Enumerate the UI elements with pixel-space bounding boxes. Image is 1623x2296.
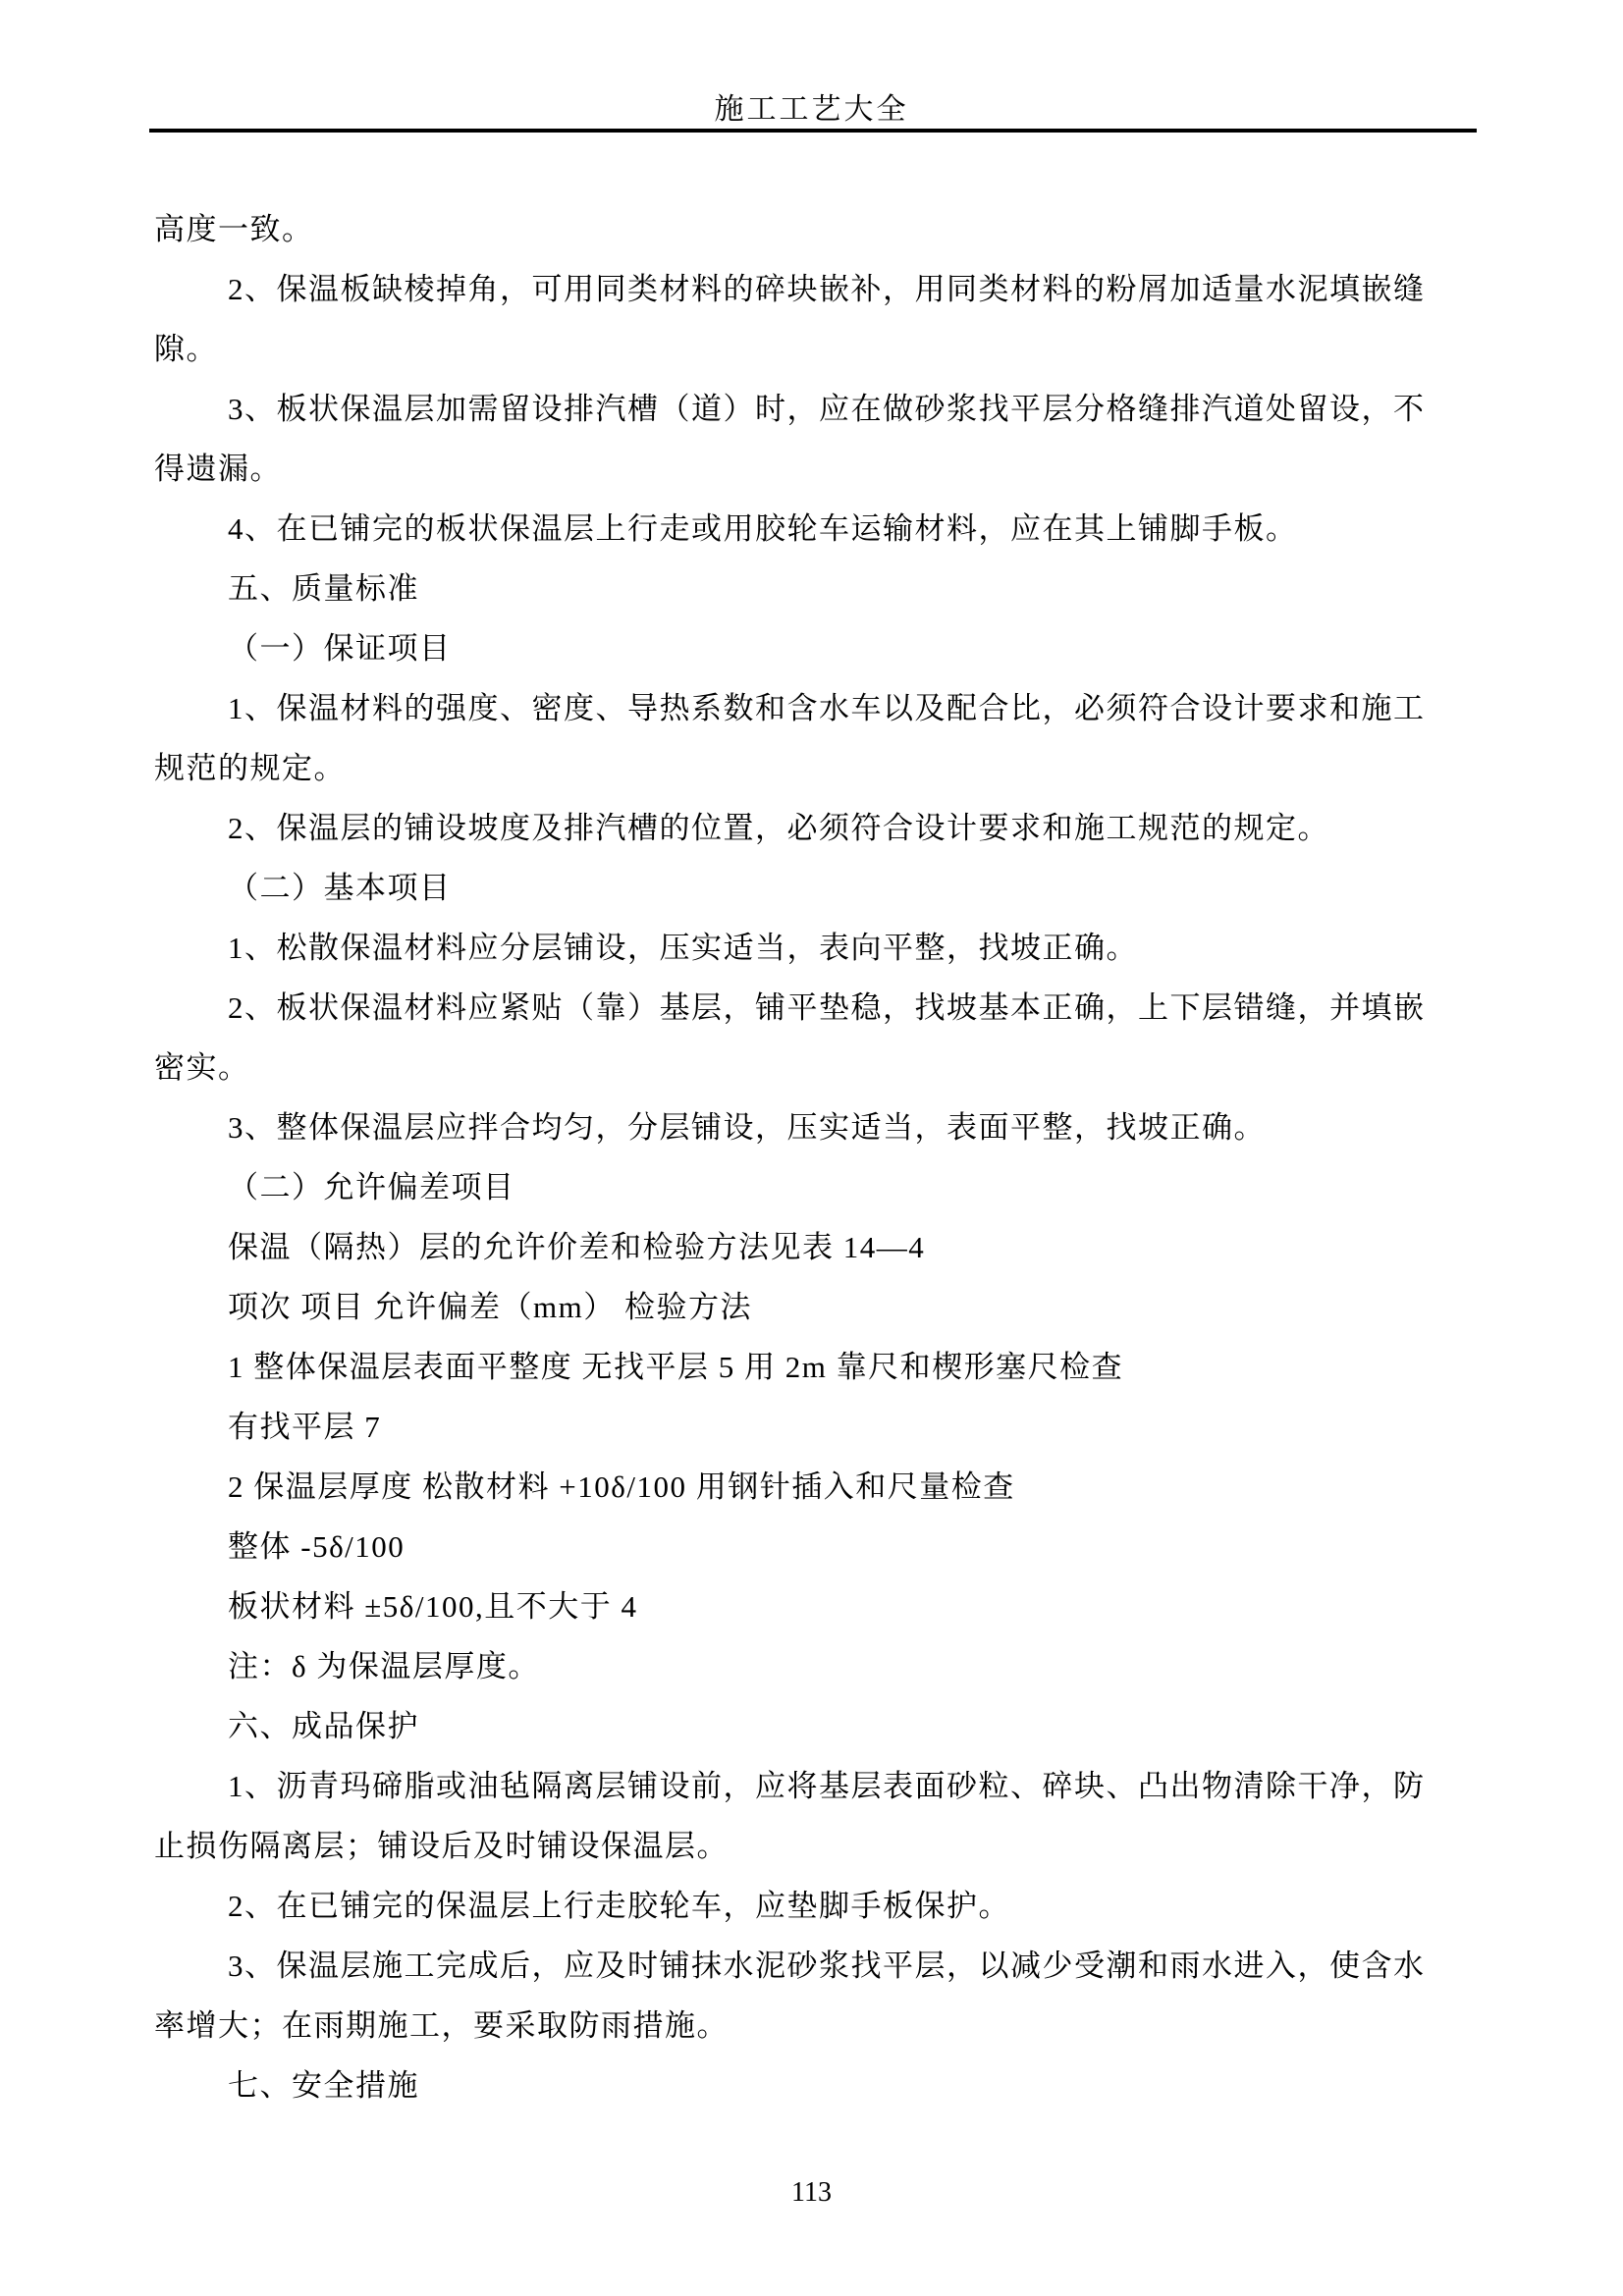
- text-line: 2 保温层厚度 松散材料 +10δ/100 用钢针插入和尺量检查: [154, 1457, 1480, 1517]
- text-line: 1、松散保温材料应分层铺设，压实适当，表向平整，找坡正确。: [154, 918, 1480, 978]
- text-line: 得遗漏。: [154, 439, 1480, 499]
- text-line: 1、保温材料的强度、密度、导热系数和含水车以及配合比，必须符合设计要求和施工: [154, 678, 1480, 738]
- text-line: 保温（隔热）层的允许价差和检验方法见表 14—4: [154, 1217, 1480, 1277]
- text-line: 3、整体保温层应拌合均匀，分层铺设，压实适当，表面平整，找坡正确。: [154, 1097, 1480, 1157]
- text-line: 板状材料 ±5δ/100,且不大于 4: [154, 1576, 1480, 1636]
- text-line: 1、沥青玛碲脂或油毡隔离层铺设前，应将基层表面砂粒、碎块、凸出物清除干净，防: [154, 1756, 1480, 1816]
- text-line: 3、保温层施工完成后，应及时铺抹水泥砂浆找平层，以减少受潮和雨水进入，使含水: [154, 1936, 1480, 1996]
- text-line: 2、保温层的铺设坡度及排汽槽的位置，必须符合设计要求和施工规范的规定。: [154, 798, 1480, 858]
- text-line: 率增大；在雨期施工，要采取防雨措施。: [154, 1996, 1480, 2056]
- text-line: 4、在已铺完的板状保温层上行走或用胶轮车运输材料，应在其上铺脚手板。: [154, 499, 1480, 559]
- text-line: （二）允许偏差项目: [154, 1157, 1480, 1217]
- header-title: 施工工艺大全: [0, 84, 1623, 128]
- text-line: （二）基本项目: [154, 858, 1480, 918]
- text-line: 高度一致。: [154, 199, 1480, 259]
- page-number: 113: [0, 2177, 1623, 2209]
- text-line: 有找平层 7: [154, 1397, 1480, 1457]
- document-page: 施工工艺大全 高度一致。 2、保温板缺棱掉角，可用同类材料的碎块嵌补，用同类材料…: [0, 0, 1623, 2296]
- text-line: 2、在已铺完的保温层上行走胶轮车，应垫脚手板保护。: [154, 1876, 1480, 1936]
- text-line: 密实。: [154, 1038, 1480, 1097]
- text-line: （一）保证项目: [154, 618, 1480, 678]
- text-line: 六、成品保护: [154, 1696, 1480, 1756]
- text-line: 七、安全措施: [154, 2056, 1480, 2115]
- text-line: 隙。: [154, 319, 1480, 379]
- text-line: 项次 项目 允许偏差（mm） 检验方法: [154, 1277, 1480, 1337]
- text-line: 止损伤隔离层；铺设后及时铺设保温层。: [154, 1816, 1480, 1876]
- text-line: 1 整体保温层表面平整度 无找平层 5 用 2m 靠尺和楔形塞尺检查: [154, 1337, 1480, 1397]
- text-line: 3、板状保温层加需留设排汽槽（道）时，应在做砂浆找平层分格缝排汽道处留设，不: [154, 379, 1480, 439]
- text-line: 2、板状保温材料应紧贴（靠）基层，铺平垫稳，找坡基本正确，上下层错缝，并填嵌: [154, 978, 1480, 1038]
- text-line: 五、质量标准: [154, 559, 1480, 618]
- text-line: 规范的规定。: [154, 738, 1480, 798]
- text-line: 2、保温板缺棱掉角，可用同类材料的碎块嵌补，用同类材料的粉屑加适量水泥填嵌缝: [154, 259, 1480, 319]
- text-line: 注：δ 为保温层厚度。: [154, 1636, 1480, 1696]
- text-line: 整体 -5δ/100: [154, 1517, 1480, 1576]
- header-divider: [149, 129, 1477, 133]
- document-body: 高度一致。 2、保温板缺棱掉角，可用同类材料的碎块嵌补，用同类材料的粉屑加适量水…: [154, 199, 1480, 2115]
